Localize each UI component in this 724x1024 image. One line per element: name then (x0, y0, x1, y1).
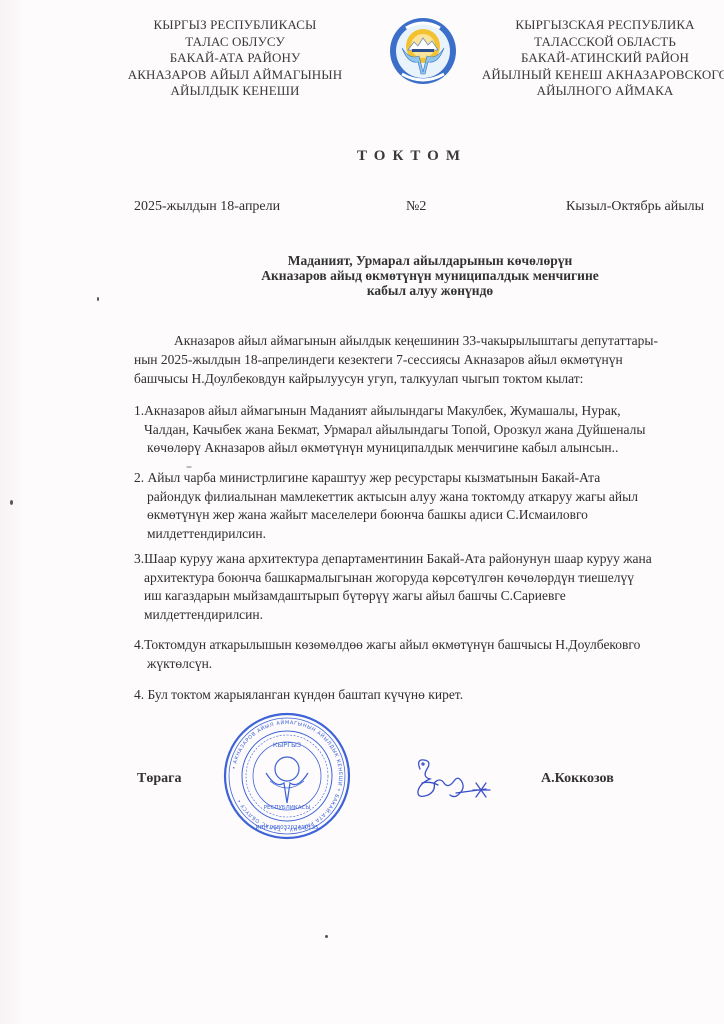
clause-line: райондук филиалынан мамлекеттик актысын … (134, 488, 714, 507)
clause-5: 4. Бул токтом жарыяланган күндөн баштап … (134, 686, 714, 705)
subject-line: кабыл алуу жөнүндө (230, 283, 630, 298)
header-line: ТАЛАС ОБЛУСУ (110, 34, 360, 51)
clause-2: 2. Айыл чарба министрлигине караштуу жер… (134, 469, 714, 543)
clause-4: 4.Токтомдун аткарылышын көзөмөлдөө жагы … (134, 636, 714, 673)
header-russian: КЫРГЫЗСКАЯ РЕСПУБЛИКА ТАЛАССКОЙ ОБЛАСТЬ … (470, 17, 724, 100)
header-line: ТАЛАССКОЙ ОБЛАСТЬ (470, 34, 724, 51)
header-line: БАКАЙ-АТИНСКИЙ РАЙОН (470, 50, 724, 67)
preamble-paragraph: Акназаров айыл аймагынын айылдык кеңешин… (134, 331, 714, 388)
clause-line: 2. Айыл чарба министрлигине караштуу жер… (134, 469, 714, 488)
clause-line: 1.Акназаров айыл аймагынын Маданият айыл… (134, 402, 714, 421)
svg-text:РЕСПУБЛИКАСЫ: РЕСПУБЛИКАСЫ (264, 805, 311, 811)
document-place: Кызыл-Октябрь айылы (566, 199, 704, 215)
clause-line: көчөлөрү Акназаров айыл өкмөтүнүн муници… (134, 439, 714, 458)
preamble-line: Акназаров айыл аймагынын айылдык кеңешин… (134, 331, 714, 350)
document-number: №2 (406, 199, 426, 215)
clause-line: жүктөлсүн. (134, 655, 714, 674)
preamble-line: башчысы Н.Доулбековдун кайрылуусун угуп,… (134, 369, 714, 388)
scan-speck (97, 297, 99, 301)
state-emblem-icon (388, 16, 458, 86)
header-line: КЫРГЫЗ РЕСПУБЛИКАСЫ (110, 17, 360, 34)
svg-text:КЫРГЫЗ: КЫРГЫЗ (273, 741, 301, 749)
header-kyrgyz: КЫРГЫЗ РЕСПУБЛИКАСЫ ТАЛАС ОБЛУСУ БАКАЙ-А… (110, 17, 360, 100)
document-date: 2025-жылдын 18-апрели (134, 199, 280, 215)
official-seal-icon: • АКНАЗАРОВ АЙЫЛ АЙМАГЫНЫН АЙЫЛДЫК КЕНЕШ… (222, 711, 352, 841)
clause-3: 3.Шаар куруу жана архитектура департамен… (134, 550, 714, 624)
scan-speck (10, 500, 13, 505)
preamble-line: нын 2025-жылдын 18-апрелиндеги кезектеги… (134, 350, 714, 369)
header-line: АЙЫЛДЫК КЕНЕШИ (110, 83, 360, 100)
header-line: АКНАЗАРОВ АЙЫЛ АЙМАГЫНЫН (110, 67, 360, 84)
handwritten-signature-icon (410, 755, 505, 805)
clause-line: архитектура боюнча башкармалыгынан жогор… (134, 569, 714, 588)
subject-line: Акназаров айыд өкмөтүнүн муниципалдык ме… (230, 268, 630, 283)
subject-line: Маданият, Урмарал айылдарынын көчөлөрүн (230, 253, 630, 268)
clause-line: милдеттендирилсин. (134, 606, 714, 625)
scan-speck (186, 466, 192, 468)
header-line: КЫРГЫЗСКАЯ РЕСПУБЛИКА (470, 17, 724, 34)
svg-text:ИНН 00803202410135: ИНН 00803202410135 (255, 825, 319, 831)
scan-speck (325, 935, 328, 938)
header-line: АЙЫЛНЫЙ КЕНЕШ АКНАЗАРОВСКОГО (470, 67, 724, 84)
clause-line: өкмөтүнүн жер жана жайыт маселелери боюн… (134, 506, 714, 525)
clause-line: 4.Токтомдун аткарылышын көзөмөлдөө жагы … (134, 636, 714, 655)
chairman-name: А.Коккозов (541, 771, 614, 787)
document-subject: Маданият, Урмарал айылдарынын көчөлөрүн … (230, 253, 630, 298)
clause-line: милдеттендирилсин. (134, 525, 714, 544)
clause-line: 3.Шаар куруу жана архитектура департамен… (134, 550, 714, 569)
header-line: БАКАЙ-АТА РАЙОНУ (110, 50, 360, 67)
clause-1: 1.Акназаров айыл аймагынын Маданият айыл… (134, 402, 714, 458)
svg-text:• АКНАЗАРОВ АЙЫЛ АЙМАГЫНЫН АЙЫ: • АКНАЗАРОВ АЙЫЛ АЙМАГЫНЫН АЙЫЛДЫК КЕНЕШ… (231, 719, 343, 832)
document-title: ТОКТОМ (0, 148, 724, 165)
clause-line: 4. Бул токтом жарыяланган күндөн баштап … (134, 686, 714, 705)
clause-line: иш кагаздарын мыйзамдаштырып бүтөрүү жаг… (134, 587, 714, 606)
header-line: АЙЫЛНОГО АЙМАКА (470, 83, 724, 100)
clause-line: Чалдан, Качыбек жана Бекмат, Урмарал айы… (134, 421, 714, 440)
chairman-label: Төрага (137, 771, 181, 787)
